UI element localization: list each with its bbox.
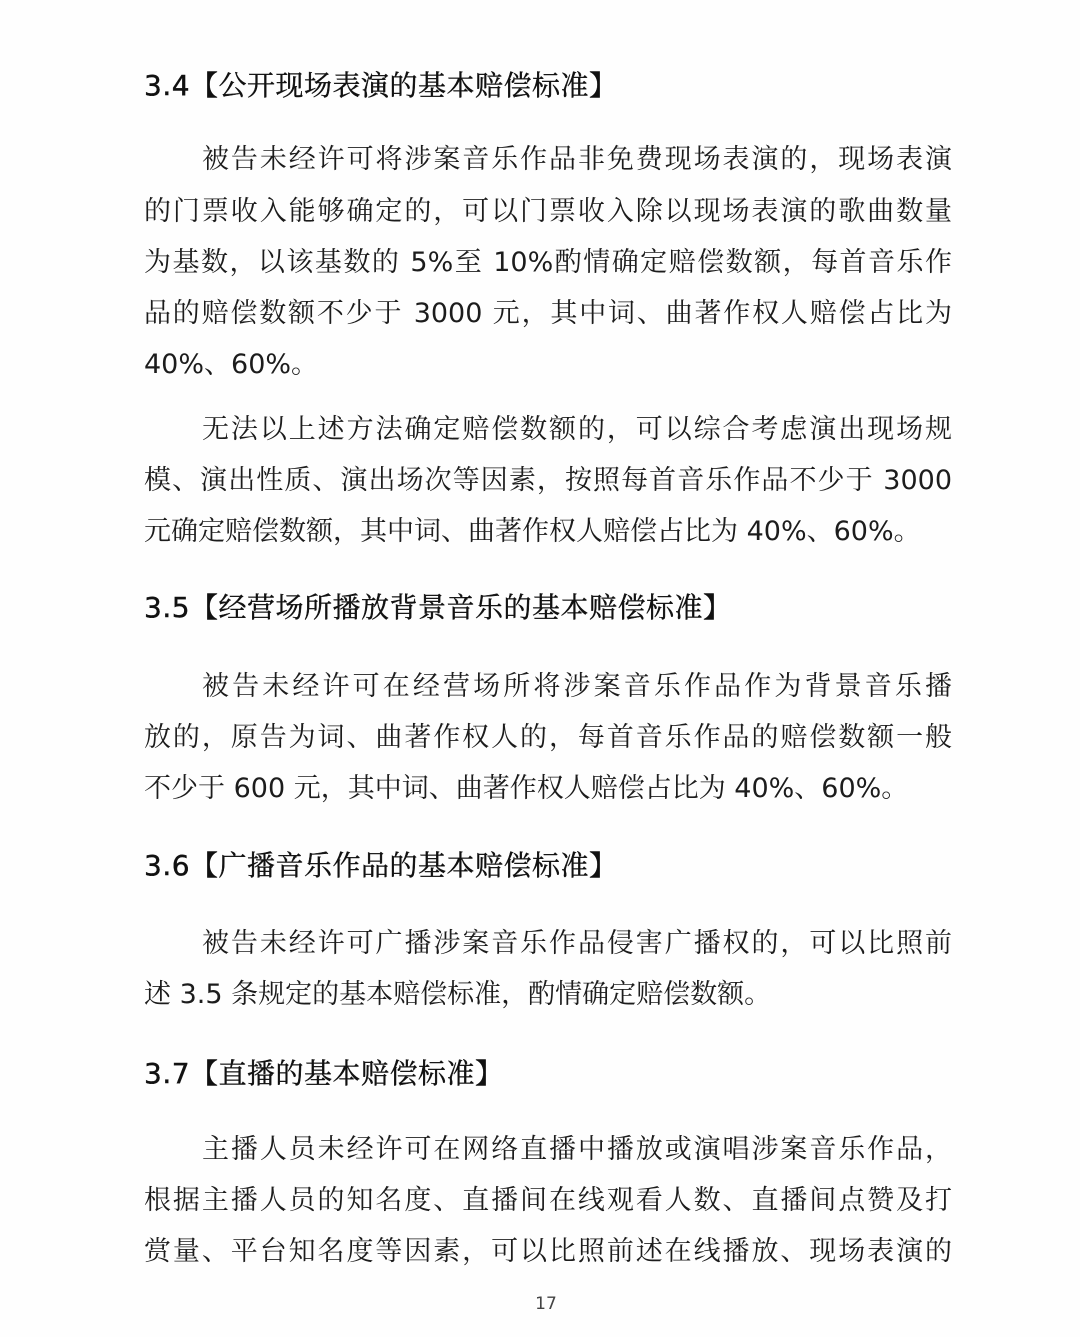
paragraph-line: 根据主播人员的知名度、直播间在线观看人数、直播间点赞及打 [144,1181,952,1221]
section-heading-3-4: 3.4【公开现场表演的基本赔偿标准】 [144,66,618,106]
paragraph-line: 放的，原告为词、曲著作权人的，每首音乐作品的赔偿数额一般 [144,718,952,758]
document-page: 3.4【公开现场表演的基本赔偿标准】 被告未经许可将涉案音乐作品非免费现场表演的… [0,0,1080,1337]
section-heading-3-6: 3.6【广播音乐作品的基本赔偿标准】 [144,846,618,886]
paragraph-line: 被告未经许可在经营场所将涉案音乐作品作为背景音乐播 [202,667,952,707]
paragraph-line: 的门票收入能够确定的，可以门票收入除以现场表演的歌曲数量 [144,192,952,232]
paragraph-line: 为基数，以该基数的 5%至 10%酌情确定赔偿数额，每首音乐作 [144,243,952,283]
paragraph-line: 不少于 600 元，其中词、曲著作权人赔偿占比为 40%、60%。 [144,769,952,809]
paragraph-line: 被告未经许可将涉案音乐作品非免费现场表演的，现场表演 [202,140,952,180]
paragraph-line: 40%、60%。 [144,345,952,385]
paragraph-line: 无法以上述方法确定赔偿数额的，可以综合考虑演出现场规 [202,410,952,450]
paragraph-line: 赏量、平台知名度等因素，可以比照前述在线播放、现场表演的 [144,1232,952,1272]
paragraph-line: 主播人员未经许可在网络直播中播放或演唱涉案音乐作品， [202,1130,952,1170]
paragraph-line: 模、演出性质、演出场次等因素，按照每首音乐作品不少于 3000 [144,461,952,501]
paragraph-line: 元确定赔偿数额，其中词、曲著作权人赔偿占比为 40%、60%。 [144,512,952,552]
section-heading-3-5: 3.5【经营场所播放背景音乐的基本赔偿标准】 [144,588,732,628]
paragraph-line: 被告未经许可广播涉案音乐作品侵害广播权的，可以比照前 [202,924,952,964]
paragraph-line: 品的赔偿数额不少于 3000 元，其中词、曲著作权人赔偿占比为 [144,294,952,334]
paragraph-line: 述 3.5 条规定的基本赔偿标准，酌情确定赔偿数额。 [144,975,952,1015]
page-number: 17 [0,1290,1080,1318]
section-heading-3-7: 3.7【直播的基本赔偿标准】 [144,1054,504,1094]
